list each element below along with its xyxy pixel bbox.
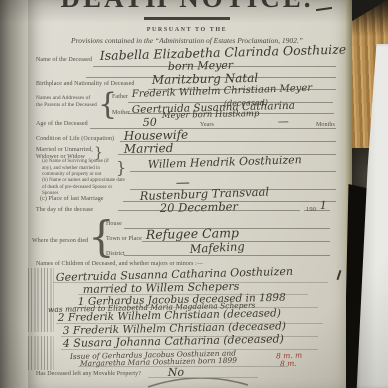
occupation-label: Condition of Life (Occupation) (36, 136, 114, 144)
parents-label: Names and Addresses of the Parents of th… (36, 95, 98, 109)
decease-day-label: The day of the decease (36, 207, 93, 215)
photo-of-death-notice: DEATH NOTICE. PURSUANT TO THE Provisions… (0, 0, 388, 388)
surviving-spouse-label: (a) Name of Surviving Spouse (if any), a… (42, 159, 114, 179)
decease-day-value: 20 December (160, 199, 238, 215)
surviving-spouse-value: Willem Hendrik Oosthuizen (148, 153, 302, 171)
death-notice-page: DEATH NOTICE. PURSUANT TO THE Provisions… (28, 0, 346, 388)
predeceased-spouse-label: (b) Name or names and approximate date o… (42, 178, 126, 198)
pursuant-line: PURSUANT TO THE (28, 27, 346, 33)
marginal-print-block-1 (28, 268, 54, 332)
died-district-value: Mafeking (189, 239, 245, 256)
died-town-label: Town or Place (106, 236, 142, 244)
age-months-value: — (278, 115, 289, 128)
age-value: 50 (143, 116, 157, 129)
father-label: Father (112, 94, 128, 102)
pen-flourish-mark (148, 378, 248, 388)
died-district-label: District (106, 251, 125, 259)
book-page-edges-left (0, 0, 28, 388)
marital-brace: } (94, 146, 103, 160)
died-place-label: Where the person died (32, 238, 88, 246)
mother-value-line2: Meyer born Hustkamp (162, 109, 260, 121)
died-house-label: House (106, 221, 122, 229)
name-label: Name of the Deceased (36, 57, 92, 65)
pen-tick-mark (336, 270, 341, 280)
page-title: DEATH NOTICE. (28, 0, 346, 12)
title-underline (144, 17, 230, 20)
age-label: Age of the Deceased (36, 121, 88, 129)
movable-property-label: Has Deceased left any Movable Property? (36, 371, 141, 379)
marginal-print-block-2 (28, 336, 54, 370)
last-marriage-label: (c) Place of last Marriage (40, 196, 104, 204)
surviving-spouse-brace: } (116, 160, 126, 176)
birthplace-label: Birthplace and Nationality of Deceased (36, 81, 134, 89)
